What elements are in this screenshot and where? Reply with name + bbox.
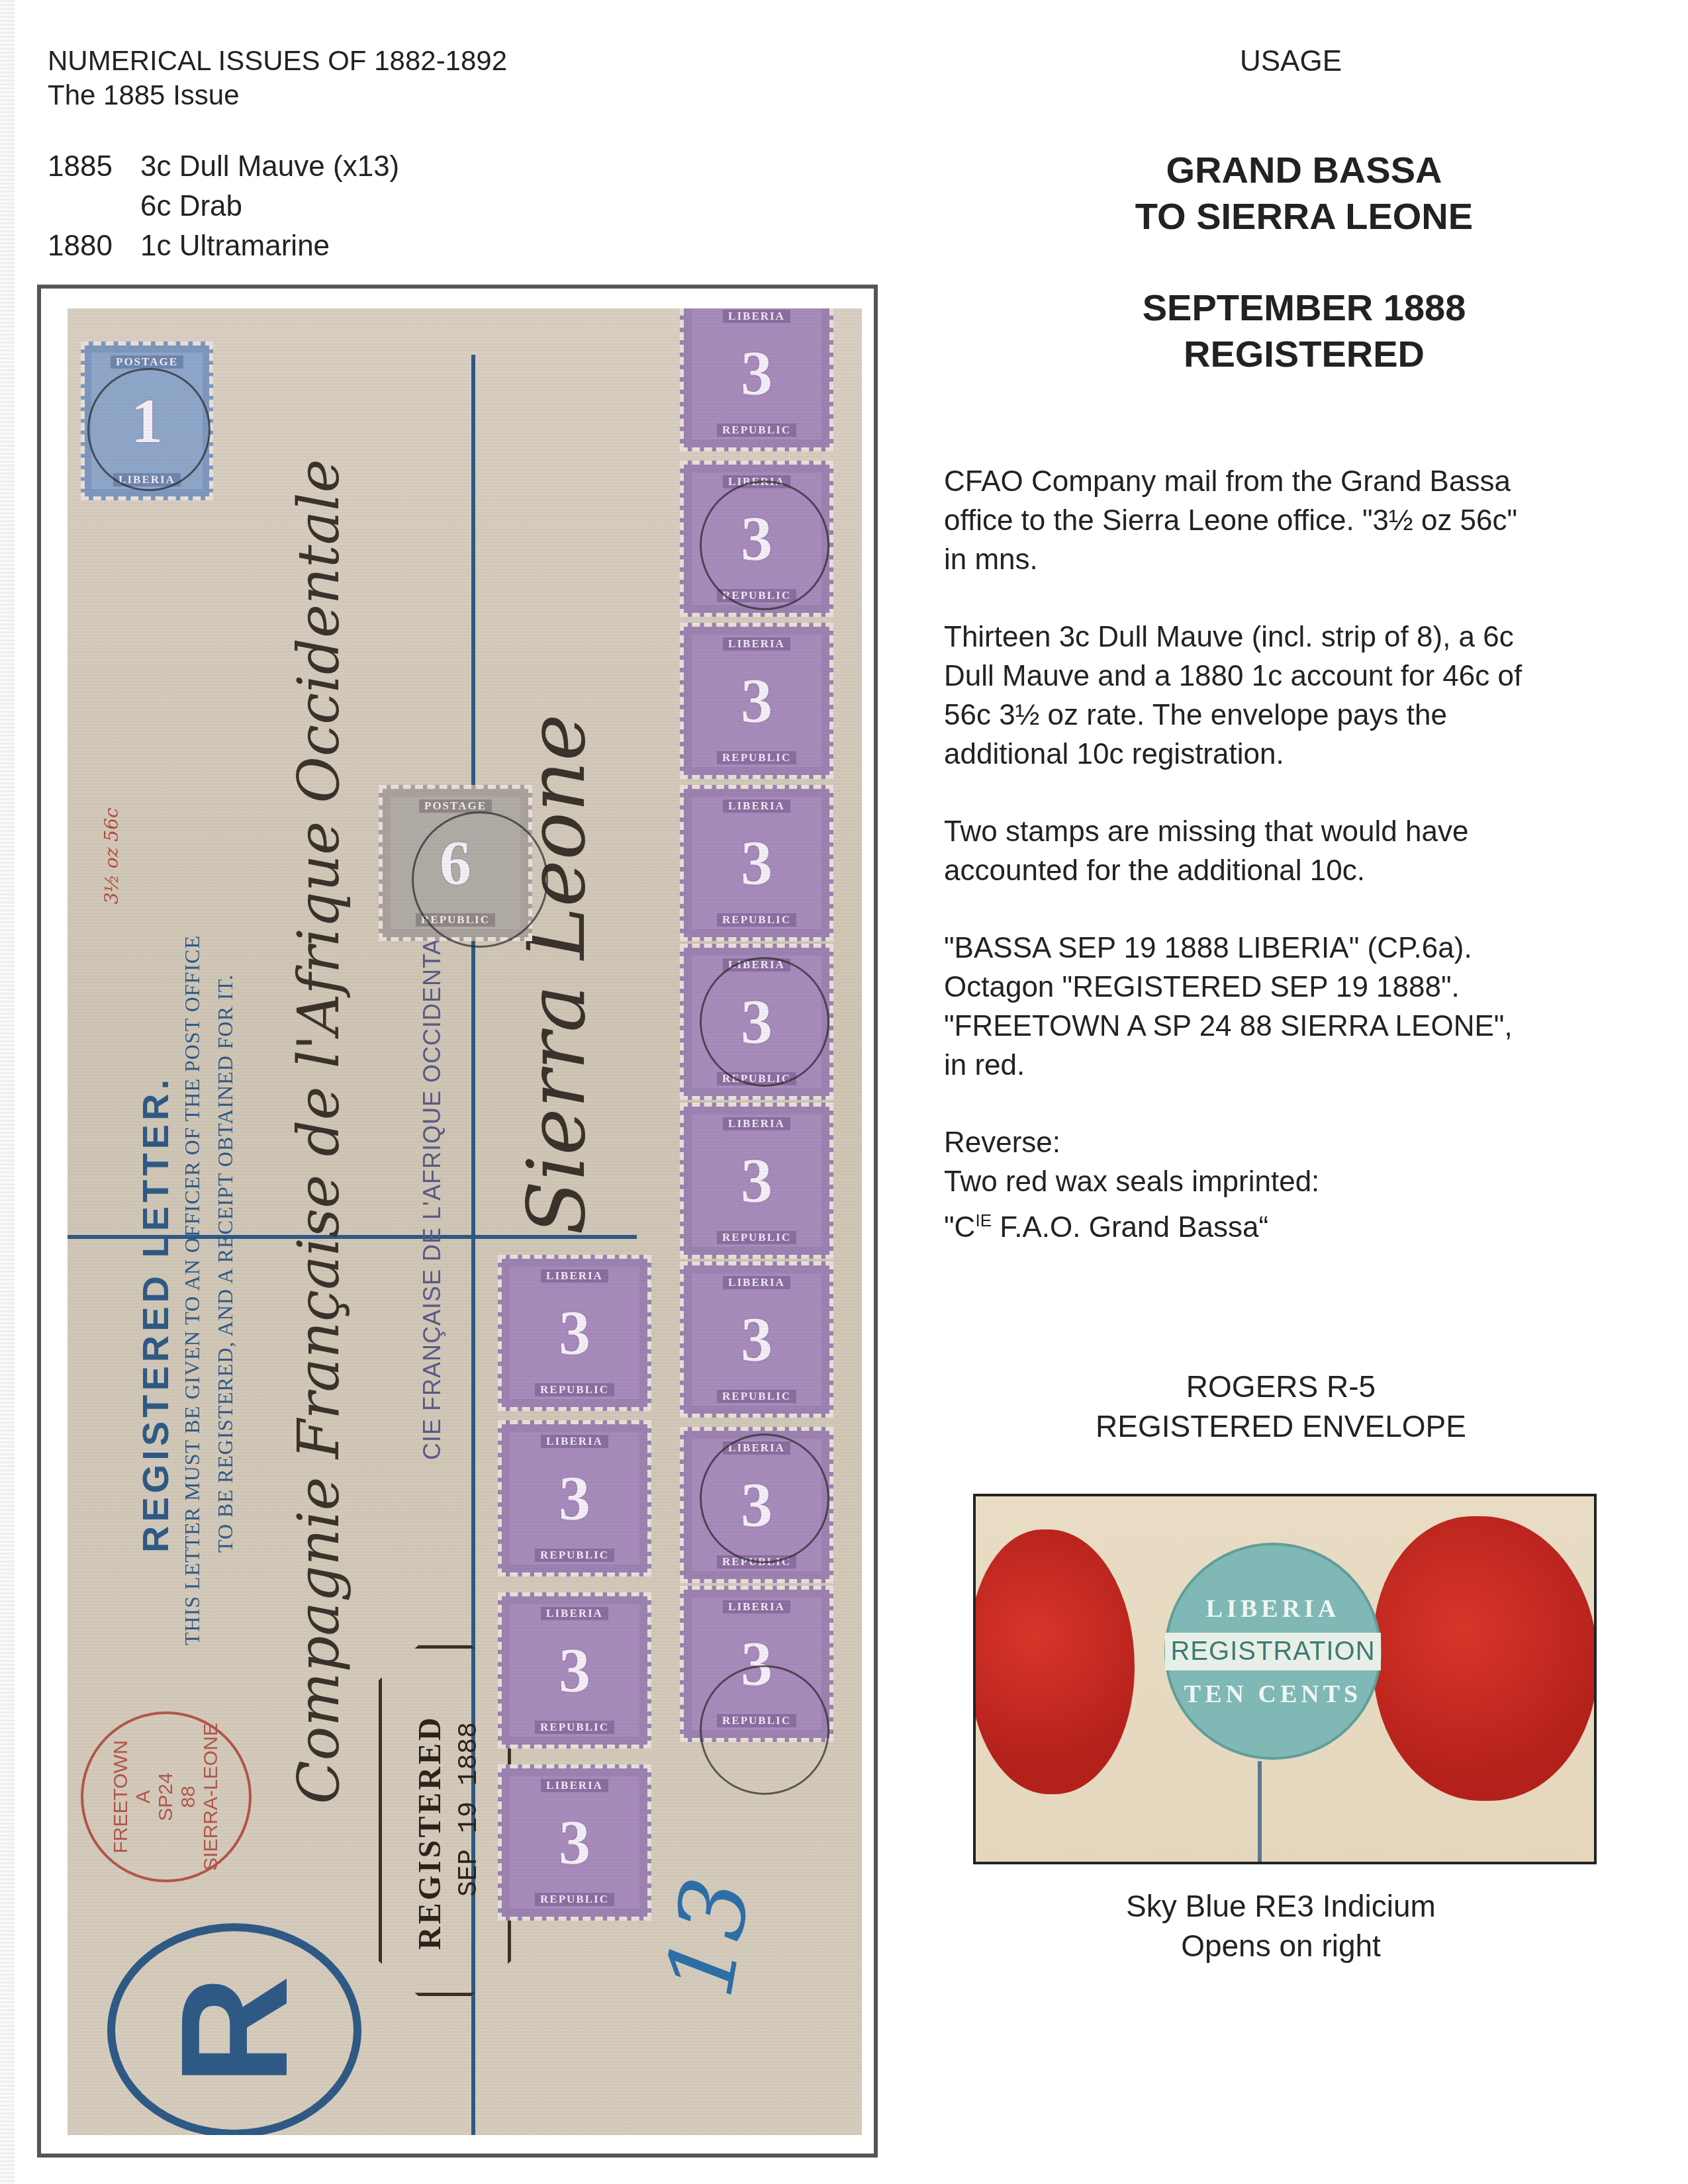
description-paragraph: CFAO Company mail from the Grand Bassa o… bbox=[944, 462, 1646, 579]
stamp-description: 1c Ultramarine bbox=[140, 226, 330, 266]
stamp-3c-dull-mauve: LIBERIA3REPUBLIC bbox=[498, 1420, 651, 1576]
stamp-value: 3 bbox=[741, 1149, 773, 1212]
stamp-3c-dull-mauve: LIBERIA3REPUBLIC bbox=[498, 1764, 651, 1921]
bassa-postmark bbox=[700, 1433, 829, 1563]
sender-imprint: CIE FRANÇAISE DE L'AFRIQUE OCCIDENTALE bbox=[418, 908, 446, 1460]
bassa-postmark bbox=[700, 1665, 829, 1795]
envelope-flap-line bbox=[1258, 1761, 1262, 1864]
series-title: NUMERICAL ISSUES OF 1882-1892 bbox=[48, 44, 507, 78]
registration-instruction-line2: TO BE REGISTERED, AND A RECEIPT OBTAINED… bbox=[213, 974, 238, 1553]
blue-crayon-mark: 13 bbox=[645, 1870, 772, 2005]
envelope-type-title: ROGERS R-5 REGISTERED ENVELOPE bbox=[1096, 1367, 1466, 1446]
stamp-3c-dull-mauve: LIBERIA3REPUBLIC bbox=[498, 1255, 651, 1411]
red-wax-seal-right bbox=[1373, 1516, 1597, 1801]
description-paragraph: Reverse: Two red wax seals imprinted: "C… bbox=[944, 1123, 1646, 1247]
stamp-3c-dull-mauve: LIBERIA3REPUBLIC bbox=[498, 1592, 651, 1749]
page-header: NUMERICAL ISSUES OF 1882-1892 The 1885 I… bbox=[48, 44, 507, 113]
description-paragraph: Thirteen 3c Dull Mauve (incl. strip of 8… bbox=[944, 617, 1646, 774]
registration-instruction-line1: THIS LETTER MUST BE GIVEN TO AN OFFICER … bbox=[180, 935, 205, 1645]
stamp-3c-dull-mauve: LIBERIA3REPUBLIC bbox=[680, 1103, 833, 1259]
description-text: CFAO Company mail from the Grand Bassa o… bbox=[944, 462, 1646, 1285]
stamp-value: 3 bbox=[741, 831, 773, 895]
stamp-3c-dull-mauve: LIBERIA3REPUBLIC bbox=[680, 308, 833, 451]
stamp-year: 1885 bbox=[48, 147, 140, 187]
bassa-postmark bbox=[87, 368, 211, 491]
octagon-registered-text: REGISTERED bbox=[412, 1715, 448, 1950]
stamp-list-item: 6c Drab bbox=[48, 187, 399, 226]
bassa-postmark bbox=[700, 480, 829, 610]
date-title: SEPTEMBER 1888 REGISTERED bbox=[1143, 285, 1466, 377]
binder-edge bbox=[0, 0, 15, 2184]
stamp-value: 3 bbox=[741, 1308, 773, 1371]
route-title: GRAND BASSA TO SIERRA LEONE bbox=[1135, 147, 1473, 240]
stamp-3c-dull-mauve: LIBERIA3REPUBLIC bbox=[680, 1261, 833, 1418]
stamp-value: 3 bbox=[559, 1467, 590, 1530]
description-paragraph: "BASSA SEP 19 1888 LIBERIA" (CP.6a). Oct… bbox=[944, 929, 1646, 1085]
bassa-postmark bbox=[412, 811, 548, 948]
issue-title: The 1885 Issue bbox=[48, 78, 507, 113]
detail-caption: Sky Blue RE3 Indicium Opens on right bbox=[1126, 1886, 1436, 1966]
registered-letter-title: REGISTERED LETTER. bbox=[134, 1075, 177, 1553]
registration-r-oval: R bbox=[107, 1923, 361, 2135]
octagon-date-text: SEP 19 1888 bbox=[455, 1722, 485, 1897]
registration-indicium: LIBERIA REGISTRATION TEN CENTS bbox=[1164, 1543, 1382, 1760]
reverse-detail-image: LIBERIA REGISTRATION TEN CENTS bbox=[973, 1494, 1597, 1864]
stamp-value: 3 bbox=[559, 1639, 590, 1702]
stamp-value: 3 bbox=[741, 669, 773, 733]
bassa-postmark bbox=[700, 957, 829, 1087]
stamp-year: 1880 bbox=[48, 226, 140, 266]
red-wax-seal-left bbox=[973, 1529, 1135, 1794]
description-paragraph: Two stamps are missing that would have a… bbox=[944, 812, 1646, 890]
stamp-3c-dull-mauve: LIBERIA3REPUBLIC bbox=[680, 623, 833, 779]
section-label: USAGE bbox=[1240, 45, 1342, 78]
handwritten-addressee: Compagnie Française de l'Afrique Occiden… bbox=[286, 459, 352, 1804]
stamp-list-item: 1880 1c Ultramarine bbox=[48, 226, 399, 266]
stamps-used-list: 1885 3c Dull Mauve (x13) 6c Drab 1880 1c… bbox=[48, 147, 399, 266]
cover-mount-frame: REGISTERED LETTER. THIS LETTER MUST BE G… bbox=[37, 285, 878, 2158]
freetown-datestamp: FREETOWN A SP24 88 SIERRA-LEONE bbox=[81, 1711, 252, 1882]
manuscript-rate-note: 3½ oz 56c bbox=[101, 807, 122, 904]
registered-envelope: REGISTERED LETTER. THIS LETTER MUST BE G… bbox=[68, 308, 862, 2135]
stamp-description: 6c Drab bbox=[140, 187, 242, 226]
stamp-value: 3 bbox=[559, 1811, 590, 1874]
stamp-3c-dull-mauve: LIBERIA3REPUBLIC bbox=[680, 785, 833, 941]
r-letter-icon: R bbox=[158, 1976, 310, 2085]
stamp-description: 3c Dull Mauve (x13) bbox=[140, 147, 399, 187]
stamp-list-item: 1885 3c Dull Mauve (x13) bbox=[48, 147, 399, 187]
stamp-value: 3 bbox=[741, 341, 773, 405]
stamp-value: 3 bbox=[559, 1301, 590, 1365]
stamp-year bbox=[48, 187, 140, 226]
